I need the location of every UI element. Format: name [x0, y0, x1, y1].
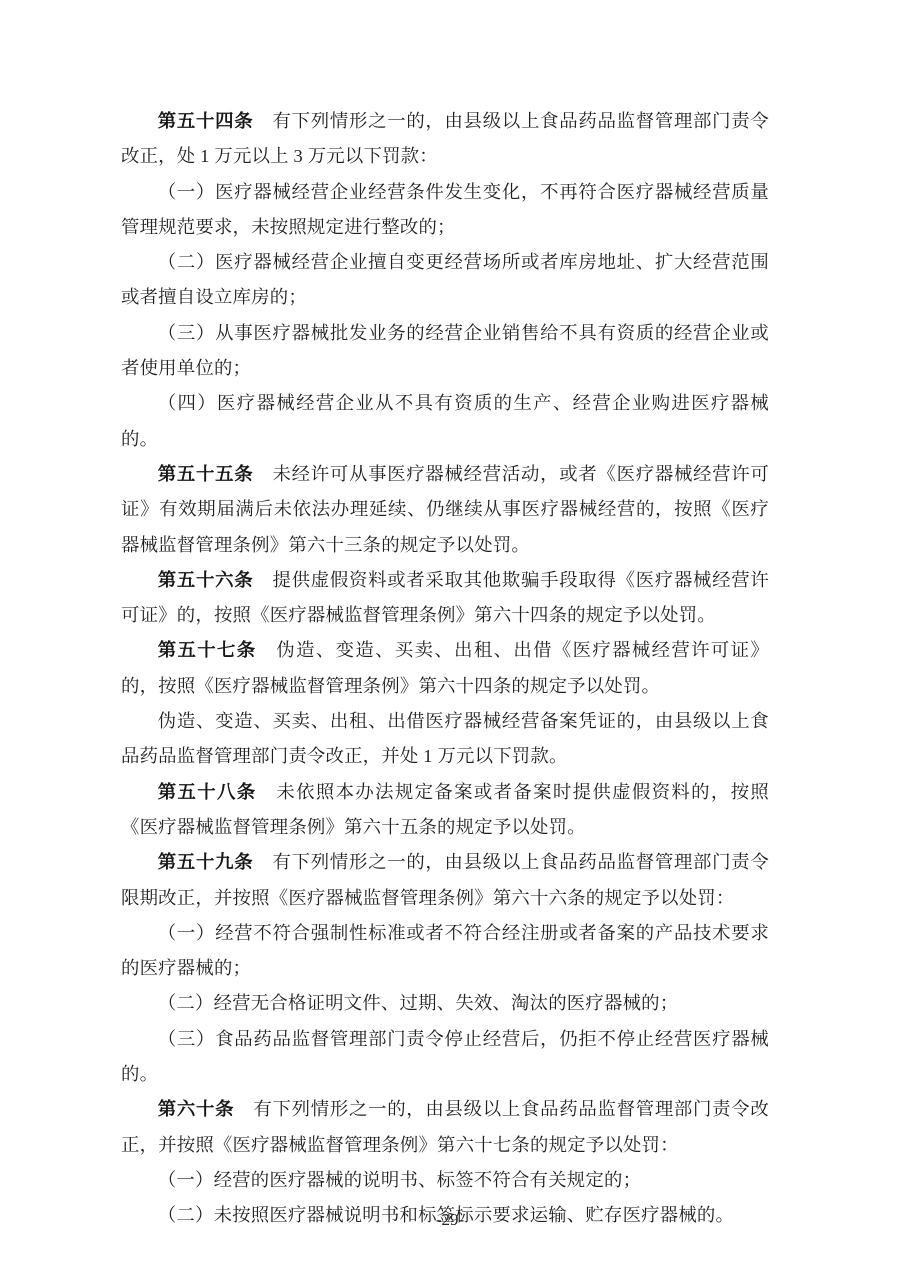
page-footer: -29- — [0, 1208, 900, 1232]
paragraph: 第五十四条 有下列情形之一的，由县级以上食品药品监督管理部门责令改正，处 1 万… — [121, 104, 769, 175]
paragraph: （二）经营无合格证明文件、过期、失效、淘汰的医疗器械的； — [121, 986, 769, 1021]
document-body: 第五十四条 有下列情形之一的，由县级以上食品药品监督管理部门责令改正，处 1 万… — [121, 104, 769, 1234]
paragraph: （一）经营不符合强制性标准或者不符合经注册或者备案的产品技术要求的医疗器械的； — [121, 916, 769, 987]
paragraph-text: （四）医疗器械经营企业从不具有资质的生产、经营企业购进医疗器械的。 — [121, 393, 769, 448]
page-number: -29- — [436, 1210, 464, 1229]
article-number: 第五十八条 — [158, 782, 257, 802]
document-page: 第五十四条 有下列情形之一的，由县级以上食品药品监督管理部门责令改正，处 1 万… — [0, 0, 900, 1273]
article-number: 第五十六条 — [158, 570, 254, 590]
paragraph: 第五十六条 提供虚假资料或者采取其他欺骗手段取得《医疗器械经营许可证》的，按照《… — [121, 563, 769, 634]
paragraph-text: （一）经营的医疗器械的说明书、标签不符合有关规定的； — [158, 1170, 641, 1190]
paragraph: （一）医疗器械经营企业经营条件发生变化，不再符合医疗器械经营质量管理规范要求，未… — [121, 175, 769, 246]
paragraph-text: （二）医疗器械经营企业擅自变更经营场所或者库房地址、扩大经营范围或者擅自设立库房… — [121, 252, 769, 307]
article-number: 第五十四条 — [158, 111, 254, 131]
paragraph-text: （二）经营无合格证明文件、过期、失效、淘汰的医疗器械的； — [158, 993, 679, 1013]
paragraph-text: （三）食品药品监督管理部门责令停止经营后，仍拒不停止经营医疗器械的。 — [121, 1029, 769, 1084]
article-number: 第五十九条 — [158, 852, 254, 872]
paragraph: 伪造、变造、买卖、出租、出借医疗器械经营备案凭证的，由县级以上食品药品监督管理部… — [121, 704, 769, 775]
paragraph-text: （三）从事医疗器械批发业务的经营企业销售给不具有资质的经营企业或者使用单位的； — [121, 323, 769, 378]
paragraph-text: （一）经营不符合强制性标准或者不符合经注册或者备案的产品技术要求的医疗器械的； — [121, 923, 769, 978]
paragraph: 第五十五条 未经许可从事医疗器械经营活动，或者《医疗器械经营许可证》有效期届满后… — [121, 457, 769, 563]
paragraph: （三）食品药品监督管理部门责令停止经营后，仍拒不停止经营医疗器械的。 — [121, 1022, 769, 1093]
paragraph: 第五十八条 未依照本办法规定备案或者备案时提供虚假资料的，按照《医疗器械监督管理… — [121, 775, 769, 846]
article-number: 第六十条 — [158, 1099, 234, 1119]
paragraph-text: 伪造、变造、买卖、出租、出借医疗器械经营备案凭证的，由县级以上食品药品监督管理部… — [121, 711, 769, 766]
paragraph: （一）经营的医疗器械的说明书、标签不符合有关规定的； — [121, 1163, 769, 1198]
paragraph: 第五十七条 伪造、变造、买卖、出租、出借《医疗器械经营许可证》的，按照《医疗器械… — [121, 633, 769, 704]
paragraph-text: （一）医疗器械经营企业经营条件发生变化，不再符合医疗器械经营质量管理规范要求，未… — [121, 182, 769, 237]
paragraph: 第六十条 有下列情形之一的，由县级以上食品药品监督管理部门责令改正，并按照《医疗… — [121, 1092, 769, 1163]
paragraph: （四）医疗器械经营企业从不具有资质的生产、经营企业购进医疗器械的。 — [121, 386, 769, 457]
article-number: 第五十七条 — [158, 640, 257, 660]
paragraph: （二）医疗器械经营企业擅自变更经营场所或者库房地址、扩大经营范围或者擅自设立库房… — [121, 245, 769, 316]
paragraph: （三）从事医疗器械批发业务的经营企业销售给不具有资质的经营企业或者使用单位的； — [121, 316, 769, 387]
article-number: 第五十五条 — [158, 464, 254, 484]
paragraph: 第五十九条 有下列情形之一的，由县级以上食品药品监督管理部门责令限期改正，并按照… — [121, 845, 769, 916]
